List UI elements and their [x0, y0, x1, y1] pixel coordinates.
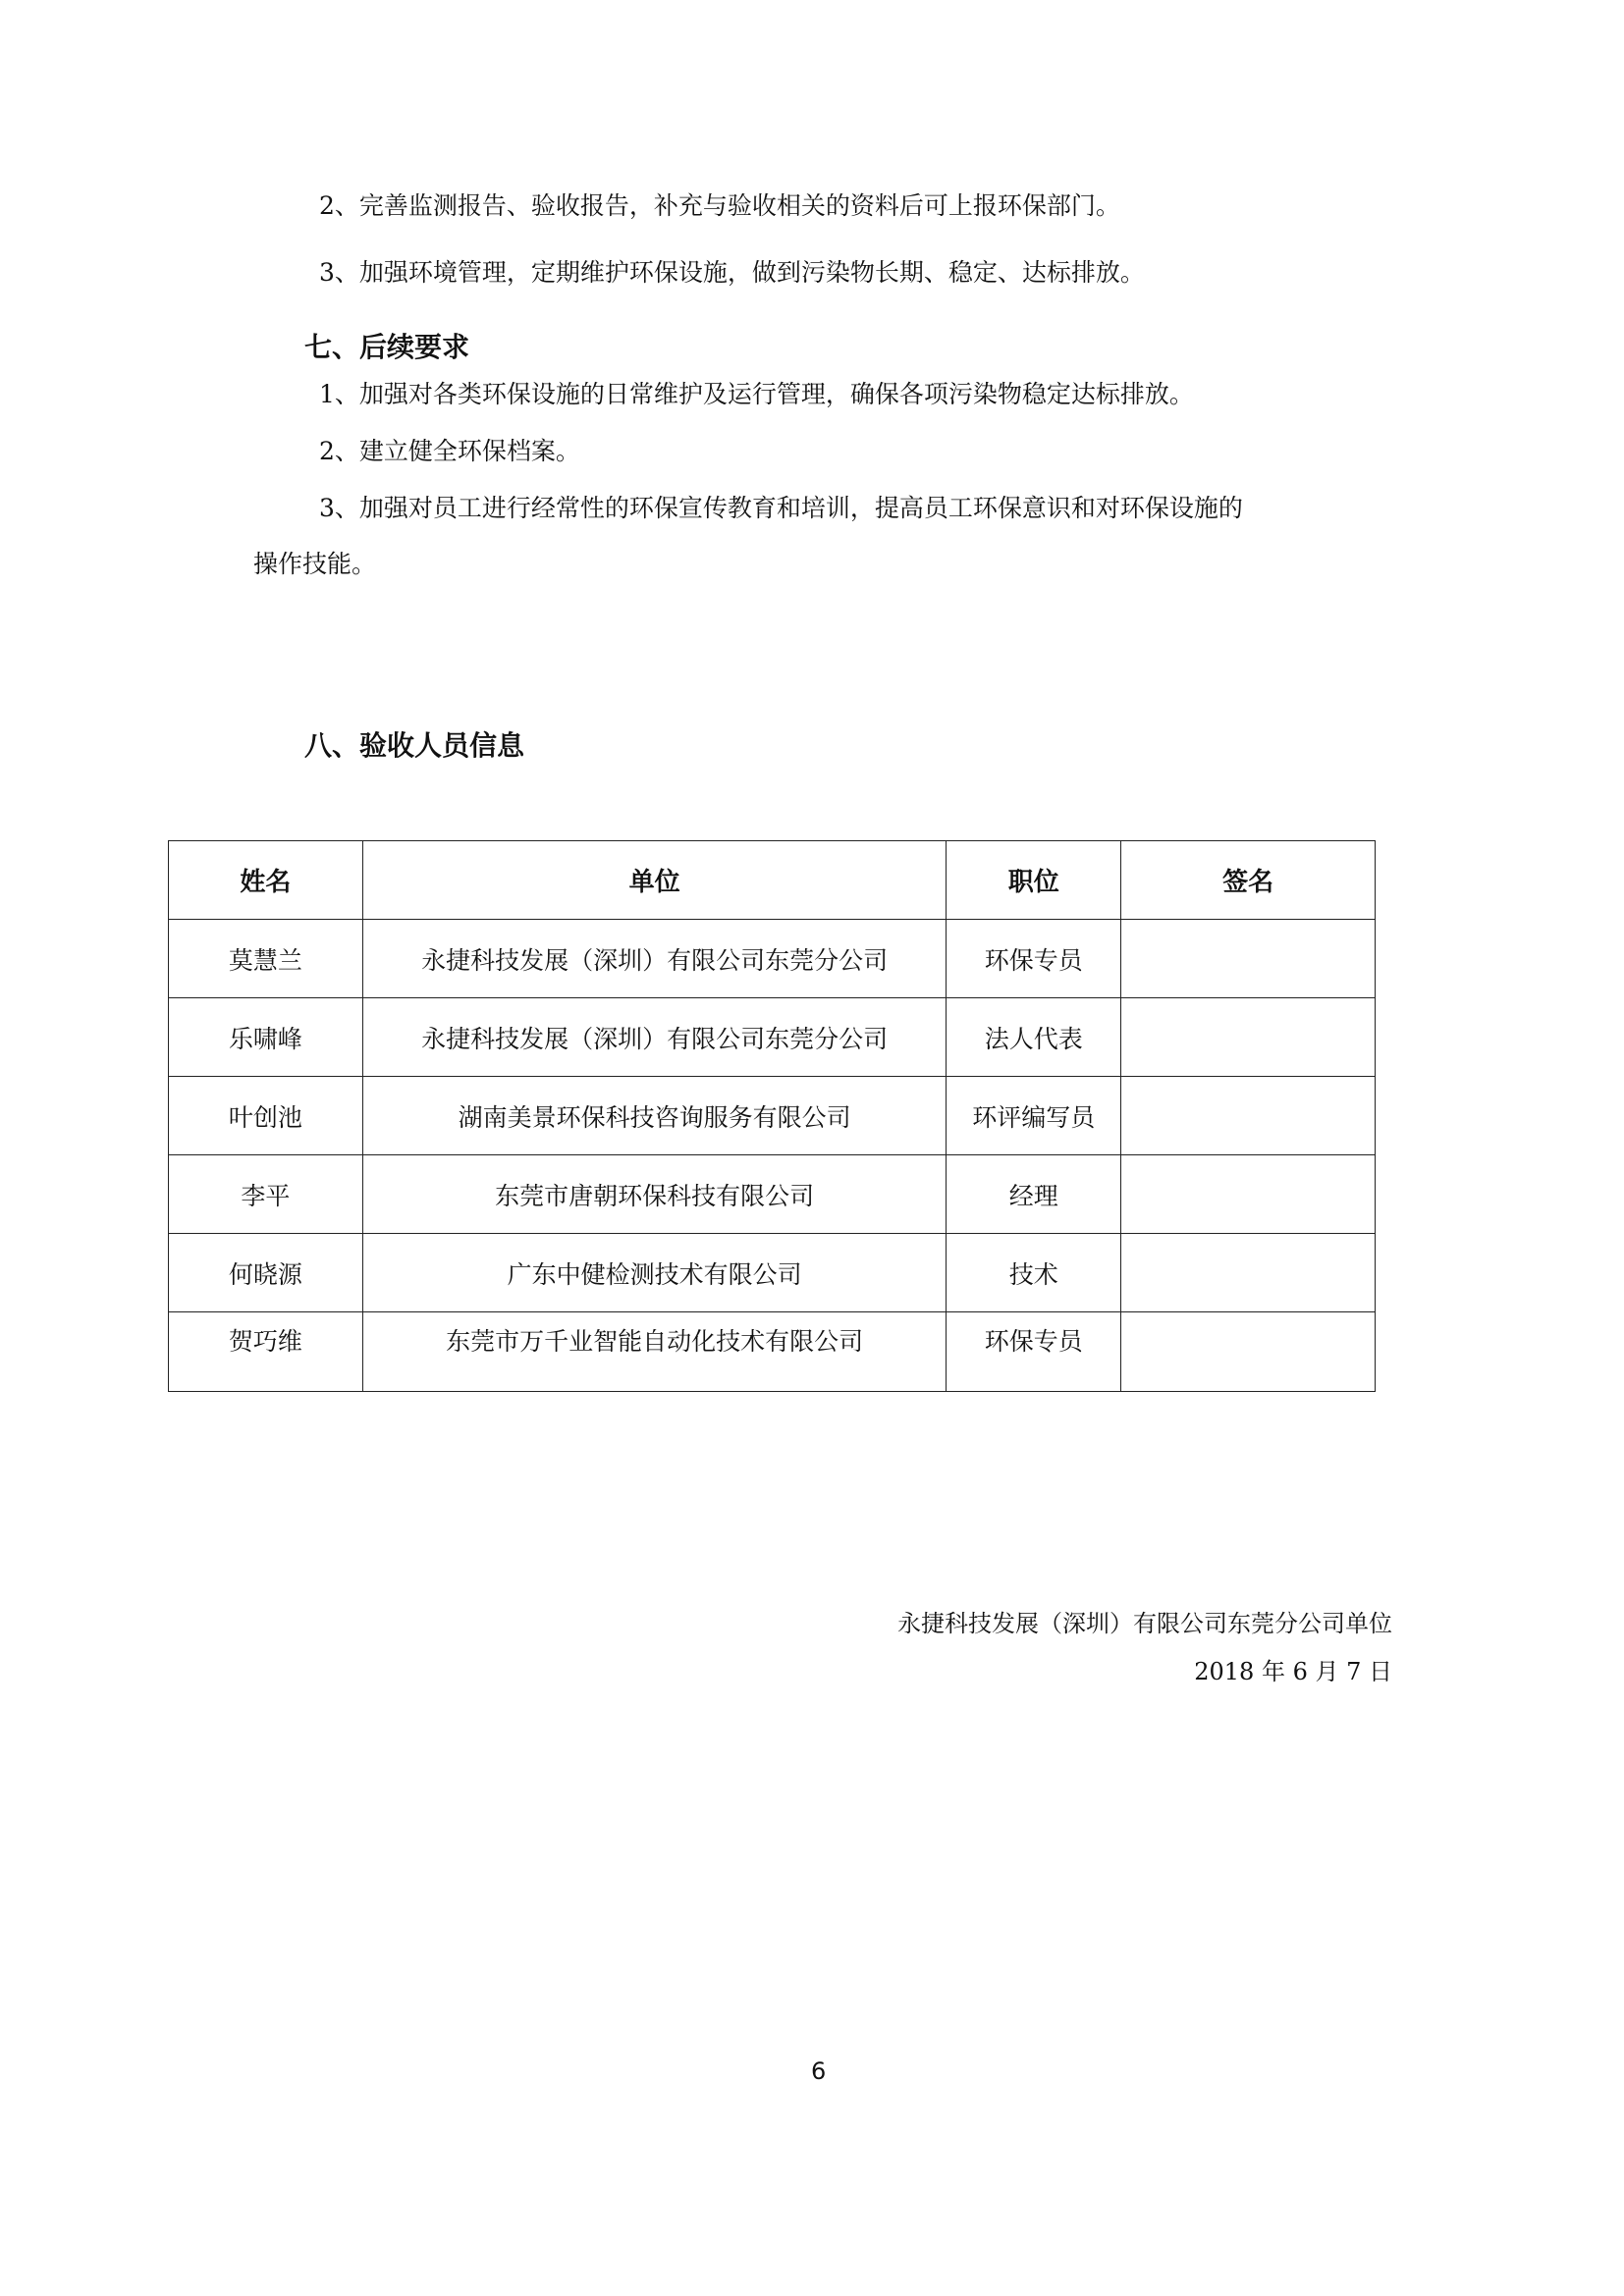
cell-name: 莫慧兰	[169, 920, 363, 998]
cell-signature	[1121, 1155, 1376, 1234]
cell-unit: 永捷科技发展（深圳）有限公司东莞分公司	[362, 920, 947, 998]
cell-position: 环保专员	[947, 1312, 1121, 1392]
section7-item-3-cont: 操作技能。	[253, 550, 376, 579]
cell-position: 经理	[947, 1155, 1121, 1234]
cell-unit: 广东中健检测技术有限公司	[362, 1234, 947, 1312]
cell-position: 环评编写员	[947, 1077, 1121, 1155]
cell-name: 贺巧维	[169, 1312, 363, 1392]
table-row: 乐啸峰 永捷科技发展（深圳）有限公司东莞分公司 法人代表	[169, 998, 1376, 1077]
section6-item-3: 3、加强环境管理，定期维护环保设施，做到污染物长期、稳定、达标排放。	[319, 258, 1145, 288]
cell-signature	[1121, 1234, 1376, 1312]
table-row: 莫慧兰 永捷科技发展（深圳）有限公司东莞分公司 环保专员	[169, 920, 1376, 998]
section6-item-2: 2、完善监测报告、验收报告，补充与验收相关的资料后可上报环保部门。	[319, 191, 1120, 221]
table-row: 李平 东莞市唐朝环保科技有限公司 经理	[169, 1155, 1376, 1234]
table-header-row: 姓名 单位 职位 签名	[169, 841, 1376, 920]
table-row: 何晓源 广东中健检测技术有限公司 技术	[169, 1234, 1376, 1312]
cell-signature	[1121, 998, 1376, 1077]
cell-name: 叶创池	[169, 1077, 363, 1155]
section7-title: 七、后续要求	[304, 326, 469, 365]
cell-name: 李平	[169, 1155, 363, 1234]
cell-signature	[1121, 920, 1376, 998]
cell-unit: 东莞市万千业智能自动化技术有限公司	[362, 1312, 947, 1392]
page-number: 6	[811, 2057, 826, 2085]
section7-item-3: 3、加强对员工进行经常性的环保宣传教育和培训，提高员工环保意识和对环保设施的	[319, 494, 1243, 523]
cell-position: 环保专员	[947, 920, 1121, 998]
section7-item-1: 1、加强对各类环保设施的日常维护及运行管理，确保各项污染物稳定达标排放。	[319, 380, 1194, 409]
section8-title: 八、验收人员信息	[304, 724, 524, 764]
header-position: 职位	[947, 841, 1121, 920]
cell-position: 法人代表	[947, 998, 1121, 1077]
personnel-table: 姓名 单位 职位 签名 莫慧兰 永捷科技发展（深圳）有限公司东莞分公司 环保专员…	[168, 840, 1376, 1392]
cell-position: 技术	[947, 1234, 1121, 1312]
header-unit: 单位	[362, 841, 947, 920]
cell-unit: 东莞市唐朝环保科技有限公司	[362, 1155, 947, 1234]
table-row: 叶创池 湖南美景环保科技咨询服务有限公司 环评编写员	[169, 1077, 1376, 1155]
table-row: 贺巧维 东莞市万千业智能自动化技术有限公司 环保专员	[169, 1312, 1376, 1392]
cell-unit: 永捷科技发展（深圳）有限公司东莞分公司	[362, 998, 947, 1077]
section7-item-2: 2、建立健全环保档案。	[319, 437, 580, 466]
header-name: 姓名	[169, 841, 363, 920]
footer-date: 2018 年 6 月 7 日	[1194, 1652, 1392, 1686]
cell-signature	[1121, 1312, 1376, 1392]
cell-name: 何晓源	[169, 1234, 363, 1312]
header-signature: 签名	[1121, 841, 1376, 920]
cell-name: 乐啸峰	[169, 998, 363, 1077]
cell-unit: 湖南美景环保科技咨询服务有限公司	[362, 1077, 947, 1155]
cell-signature	[1121, 1077, 1376, 1155]
footer-org: 永捷科技发展（深圳）有限公司东莞分公司单位	[897, 1604, 1392, 1638]
